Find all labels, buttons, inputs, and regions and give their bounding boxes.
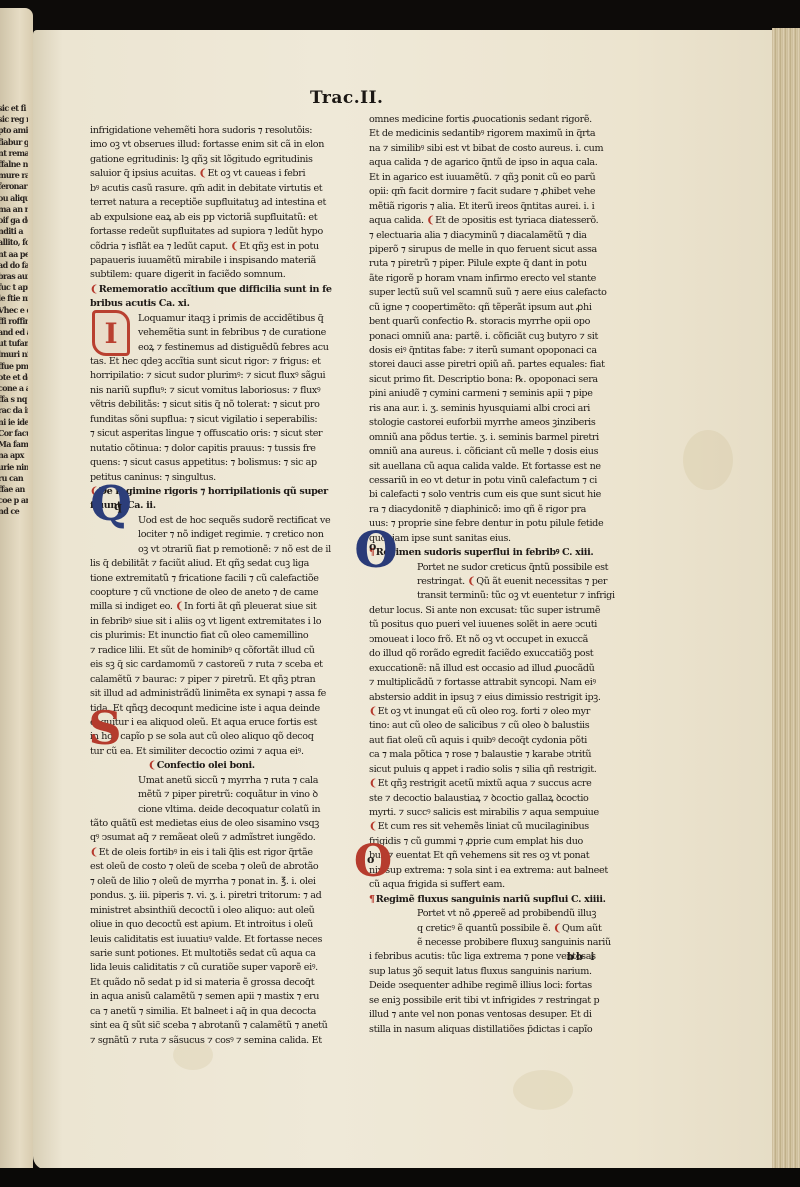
text-line: ca ⁊ anetũ ⁊ similia. Et balneet i aq̃ i…	[90, 1005, 322, 1019]
text-line: nutatio cõtinua: ⁊ dolor capitis prauus:…	[90, 442, 322, 456]
facing-page-line: and ed ara	[0, 327, 28, 338]
text-line: detur locus. Si ante non excusat: tũc su…	[369, 604, 601, 618]
text-line: omniũ ana aureus. i. cõficiant cũ melle …	[369, 445, 601, 459]
text-line: ruta ⁊ piretrũ ⁊ piper. Pilule expte q̃ …	[369, 257, 601, 271]
line-text: Et oꝫ vt inungat eũ cũ oleo roꝫ. forti ⁊…	[378, 706, 590, 717]
text-line: subtilem: quare digerit in faciẽdo somnu…	[90, 268, 322, 282]
guide-letter: o	[367, 853, 374, 866]
paragraph-mark-icon: ❨	[468, 576, 476, 587]
text-line: Deide ↄsequenter adhibe regimẽ illius lo…	[369, 979, 601, 993]
line-text: pini aniudẽ ⁊ cymini carmeni ⁊ seminis a…	[369, 388, 593, 399]
line-text: eis sꝫ q̃ sic cardamomũ ⁊ castoreũ ⁊ rut…	[90, 659, 323, 670]
line-text: bus ⁊ euentat Et qñ vehemens sit res oꝫ …	[369, 850, 589, 861]
text-line: super lectũ suũ vel scamnũ suũ ⁊ aere ei…	[369, 286, 601, 300]
line-text: ab expulsione eaꝝ ab eis pp victoriã sup…	[90, 212, 317, 223]
line-text: Qum aũt	[562, 923, 602, 934]
facing-page-line: urie nini	[0, 462, 28, 473]
running-head: Trac.II.	[310, 88, 383, 108]
facing-page-line: Cor facul	[0, 428, 28, 439]
line-text: Uod est de hoc sequẽs sudorẽ rectificat …	[138, 515, 330, 526]
line-text: est oleũ de costo ⁊ oleũ de sceba ⁊ oleũ…	[90, 861, 318, 872]
text-line: ab expulsione eaꝝ ab eis pp victoriã sup…	[90, 211, 322, 225]
text-line: omnes medicine fortis ꝓuocationis sedant…	[369, 113, 601, 127]
line-text: in aqua anisũ calamẽtũ ⁊ semen apii ⁊ ma…	[90, 991, 319, 1002]
line-text: horripilatio: ⁊ sicut sudor plurimꝰ: ⁊ s…	[90, 370, 325, 381]
text-line: nix sup extrema: ⁊ sola sint i ea extrem…	[369, 864, 601, 878]
line-text: oliue in quo decoctũ est apium. Et intro…	[90, 919, 313, 930]
text-line: illud ⁊ ante vel non ponas ventosas desu…	[369, 1008, 601, 1022]
facing-page-line: nt remarin	[0, 148, 28, 159]
line-text: Umat anetũ siccũ ⁊ myrrha ⁊ ruta ⁊ cala	[138, 775, 318, 786]
text-line: se eniꝫ possibile erit tibi vt infrigide…	[369, 994, 601, 1008]
text-line: mẽtiã rigoris ⁊ alia. Et iterũ ireos q̃n…	[369, 200, 601, 214]
text-line: ⁊ sicut asperitas lingue ⁊ offuscatio or…	[90, 427, 322, 441]
text-line: vẽtris debilitãs: ⁊ sicut sitis q̃ nõ to…	[90, 398, 322, 412]
line-text: uus: ⁊ proprie sine febre dentur in potu…	[369, 518, 603, 529]
text-line: transit terminũ: tũc oꝫ vt euentetur ⁊ i…	[369, 589, 601, 603]
text-line: ste ⁊ decoctio balaustiaꝝ ⁊ ꝺcoctio gall…	[369, 792, 601, 806]
text-line: frigidis ⁊ cũ gummi ⁊ ꝓprie cum emplat h…	[369, 835, 601, 849]
text-line: tione extremitatũ ⁊ fricatione facili ⁊ …	[90, 572, 322, 586]
text-line: in hoc capĩo p se sola aut cũ oleo aliqu…	[90, 730, 322, 744]
text-line: bribus acutis Ca. xi.	[90, 297, 322, 311]
initial-letter: I	[104, 317, 117, 350]
line-text: ca ⁊ anetũ ⁊ similia. Et balneet i aq̃ i…	[90, 1006, 316, 1017]
text-line: ↄmoueat i loco frõ. Et nõ oꝫ vt occupet …	[369, 633, 601, 647]
line-text: Rememoratio accĩtium que difficilia sunt…	[99, 284, 332, 295]
text-line: Umat anetũ siccũ ⁊ myrrha ⁊ ruta ⁊ cala	[90, 774, 322, 788]
line-text: qꝰ ↄsumat aq̃ ⁊ remãeat oleũ ⁊ admĩstret…	[90, 832, 315, 843]
text-line: do illud qõ rorãdo egredit faciẽdo exucc…	[369, 647, 601, 661]
text-line: ca ⁊ mala põtica ⁊ rose ⁊ balaustie ⁊ ka…	[369, 748, 601, 762]
facing-page-line: ad do fa	[0, 260, 28, 271]
line-text: nis nariũ supfluꝰ: ⁊ sicut vomitus labor…	[90, 385, 320, 396]
line-text: stologie castorei euforbii myrrhe ameos …	[369, 417, 595, 428]
line-text: coopture ⁊ cũ vnctione de oleo de aneto …	[90, 587, 318, 598]
line-text: transit terminũ: tũc oꝫ vt euentetur ⁊ i…	[417, 590, 615, 601]
text-line: ris ana aur. i. ʒ. seminis hyusquiami al…	[369, 402, 601, 416]
text-line: ⁊ electuaria alia ⁊ diacyminũ ⁊ diacalam…	[369, 229, 601, 243]
line-text: i febribus acutis: tũc liga extrema ⁊ po…	[369, 951, 596, 962]
text-line: ãte rigorẽ p horam vnam infirmo erecto v…	[369, 272, 601, 286]
text-column-left: infrigidatione vehemẽti hora sudoris ⁊ r…	[90, 124, 322, 1048]
line-text: cis plurimis: Et inunctio fiat cũ oleo c…	[90, 630, 308, 641]
facing-page-line: oif ga dd	[0, 215, 28, 226]
text-line: ⁊ oleũ de lilio ⁊ oleũ de myrrha ⁊ ponat…	[90, 875, 322, 889]
line-text: ↄmoueat i loco frõ. Et nõ oꝫ vt occupet …	[369, 634, 588, 645]
text-line: stilla in nasum aliquas distillatiões p̃…	[369, 1023, 601, 1037]
line-text: bribus acutis Ca. xi.	[90, 298, 190, 309]
text-line: ⁊ radice lilii. Et sũt de hominibꝰ q cõf…	[90, 644, 322, 658]
line-text: sint ea q̃ sũt sic̃ sceba ⁊ abrotanũ ⁊ c…	[90, 1020, 327, 1031]
text-line: ❨Et qñꝫ restrigit acetũ mixtũ aqua ⁊ suc…	[369, 777, 601, 791]
text-line: papaueris iuuamẽtũ mirabile i inspisando…	[90, 254, 322, 268]
line-text: q creticꝰ ẽ quantũ possibile ẽ.	[417, 923, 553, 934]
text-line: Et in agarico est iuuamẽtũ. ⁊ qñꝫ ponit …	[369, 171, 601, 185]
line-text: omniũ ana põdus tertie. ʒ. i. seminis ba…	[369, 432, 599, 443]
line-text: do illud qõ rorãdo egredit faciẽdo exucc…	[369, 648, 593, 659]
line-text: ca ⁊ mala põtica ⁊ rose ⁊ balaustie ⁊ ka…	[369, 749, 591, 760]
text-line: ponaci omniũ ana: partẽ. i. cõficiãt cuꝫ…	[369, 330, 601, 344]
page-block-edge	[772, 28, 800, 1168]
facing-page-line: ote et de	[0, 372, 28, 383]
line-text: in febribꝰ siue sit i aliis oꝫ vt ligent…	[90, 616, 321, 627]
text-line: cõdria ⁊ isflãt ea ⁊ ledũt caput. ❨Et qñ…	[90, 240, 322, 254]
line-text: illud ⁊ ante vel non ponas ventosas desu…	[369, 1009, 592, 1020]
line-text: milla si indiget eo.	[90, 601, 175, 612]
text-line: restringat. ❨Qũ ãt euenit necessitas ⁊ p…	[369, 575, 601, 589]
facing-page-line: na apx	[0, 450, 28, 461]
text-line: dosis eiꝰ q̃ntitas fabe: ⁊ iterũ sumant …	[369, 344, 601, 358]
line-text: ãte rigorẽ p horam vnam infirmo erecto v…	[369, 273, 596, 284]
text-line: abstersio addit in ipsuꝫ ⁊ eius dimissio…	[369, 691, 601, 705]
text-line: tũ positus quo pueri vel iuuenes solẽt i…	[369, 618, 601, 632]
line-text: ra ⁊ diacydonitẽ ⁊ diaphinicõ: imo qñ ẽ …	[369, 504, 586, 515]
text-line: tãto quãtũ est medietas eius de oleo sis…	[90, 817, 322, 831]
facing-page-line: fuc t apn	[0, 282, 28, 293]
line-text: gatione egritudinis: lꝫ qñꝫ sit lõgitudo…	[90, 154, 313, 165]
paragraph-mark-icon: ❨	[230, 241, 238, 252]
line-text: bꝰ acutis casũ rasure. qm̃ adit in debit…	[90, 183, 322, 194]
line-text: funditas sõni supflua: ⁊ sicut vigilatio…	[90, 414, 317, 425]
text-line: ¶Regimẽ fluxus sanguinis nariũ supflui C…	[369, 893, 601, 907]
facing-page-line: coe p ar	[0, 495, 28, 506]
text-line: ⁊ multiplicãdũ ⁊ fortasse attrabit synco…	[369, 676, 601, 690]
text-line: imo oꝫ vt obserues illud: fortasse enim …	[90, 138, 322, 152]
line-text: In forti ãt qñ pleuerat siue sit	[184, 601, 316, 612]
text-line: est oleũ de costo ⁊ oleũ de sceba ⁊ oleũ…	[90, 860, 322, 874]
facing-page-line: nditi a	[0, 226, 28, 237]
text-line: in febribꝰ siue sit i aliis oꝫ vt ligent…	[90, 615, 322, 629]
text-line: nis nariũ supfluꝰ: ⁊ sicut vomitus labor…	[90, 384, 322, 398]
paragraph-mark-icon: ❨	[369, 778, 377, 789]
line-text: lida leuis caliditatis ⁊ cũ curatiõe sup…	[90, 962, 318, 973]
line-text: ⁊ oleũ de lilio ⁊ oleũ de myrrha ⁊ ponat…	[90, 876, 316, 887]
line-text: opii: qm̃ facit dormire ⁊ facit sudare ⁊…	[369, 186, 595, 197]
line-text: ẽ necesse probibere fluxuꝫ sanguinis nar…	[417, 937, 611, 948]
text-line: stologie castorei euforbii myrrhe ameos …	[369, 416, 601, 430]
text-column-right: omnes medicine fortis ꝓuocationis sedant…	[369, 113, 601, 1037]
line-text: saluior q̃ ipsius acuitas.	[90, 168, 199, 179]
line-text: in hoc capĩo p se sola aut cũ oleo aliqu…	[90, 731, 314, 742]
text-line: pondus. ʒ. iii. piperis ⁊. vi. ʒ. i. pir…	[90, 889, 322, 903]
line-text: lociter ⁊ nõ indiget regimie. ⁊ cretico …	[138, 529, 324, 540]
facing-page-line: mure rag	[0, 170, 28, 181]
text-line: cũ aqua frigida si suffert eam.	[369, 878, 601, 892]
text-line: opii: qm̃ facit dormire ⁊ facit sudare ⁊…	[369, 185, 601, 199]
line-text: fortasse redeũt supfluitates ad supiora …	[90, 226, 323, 237]
line-text: sicut puluis q appet i radio solis ⁊ sil…	[369, 764, 596, 775]
line-text: coquitur i ea aliquod oleũ. Et aqua eruc…	[90, 717, 317, 728]
paragraph-mark-icon: ❨	[369, 821, 377, 832]
line-text: exuccationẽ: nã illud est occasio ad ill…	[369, 663, 594, 674]
facing-page-text-fragment: sic et fi bnsic reg ritupto ami t tofiab…	[0, 103, 28, 518]
line-text: mẽtiã rigoris ⁊ alia. Et iterũ ireos q̃n…	[369, 201, 594, 212]
signature-mark: bb i	[567, 952, 596, 963]
text-line: uus: ⁊ proprie sine febre dentur in potu…	[369, 517, 601, 531]
text-line: tida. Et qñqꝫ decoqunt medicine iste i a…	[90, 702, 322, 716]
paper-stain	[513, 1070, 573, 1110]
line-text: ris ana aur. i. ʒ. seminis hyusquiami al…	[369, 403, 590, 414]
line-text: ⁊ sgnãtũ ⁊ ruta ⁊ sãsucus ⁊ cosꝰ ⁊ semin…	[90, 1035, 322, 1046]
rubricated-initial-S: S	[88, 706, 122, 750]
line-text: infrigidatione vehemẽti hora sudoris ⁊ r…	[90, 125, 312, 136]
line-text: myrti. ⁊ succꝰ salicis est mirabilis ⁊ a…	[369, 807, 599, 818]
text-line: milla si indiget eo. ❨In forti ãt qñ ple…	[90, 600, 322, 614]
line-text: aut fiat oleũ cũ aquis i quibꝰ decoq̃t c…	[369, 735, 587, 746]
line-text: frigidis ⁊ cũ gummi ⁊ ꝓprie cum emplat h…	[369, 836, 583, 847]
line-text: lis q̃ debilitãt ⁊ faciũt aliud. Et qñꝫ …	[90, 558, 309, 569]
facing-page-line: lmuri ni ad	[0, 349, 28, 360]
guide-letter: o	[369, 540, 376, 553]
text-line: ❨Rememoratio accĩtium que difficilia sun…	[90, 283, 322, 297]
paragraph-mark-icon: ❨	[175, 601, 183, 612]
line-text: Et de medicinis sedantibꝰ rigorem maximũ…	[369, 128, 595, 139]
text-line: bi calefacti ⁊ solo ventris cum eis que …	[369, 488, 601, 502]
text-line: cione vltima. deide decoquatur colatũ in	[90, 803, 322, 817]
line-text: stilla in nasum aliquas distillatiões p̃…	[369, 1024, 592, 1035]
text-line: in aqua anisũ calamẽtũ ⁊ semen apii ⁊ ma…	[90, 990, 322, 1004]
text-line: fortasse redeũt supfluitates ad supiora …	[90, 225, 322, 239]
rubricated-initial-I: I	[92, 310, 130, 356]
paper-stain	[683, 430, 733, 490]
facing-page-line: ut tufam	[0, 338, 28, 349]
paragraph-mark-icon: ❨	[199, 168, 207, 179]
line-text: cõdria ⁊ isflãt ea ⁊ ledũt caput.	[90, 241, 230, 252]
paragraph-mark-icon: ❨	[90, 847, 98, 858]
facing-page-line: ffalne nrram	[0, 159, 28, 170]
facing-page-line: ou aliquan	[0, 193, 28, 204]
line-text: eoꝝ ⁊ festinemus ad distiguẽdũ febres ac…	[138, 342, 329, 353]
facing-page-line: ni ie ide	[0, 417, 28, 428]
line-text: Et oꝫ vt caueas i febri	[207, 168, 305, 179]
text-line: lis q̃ debilitãt ⁊ faciũt aliud. Et qñꝫ …	[90, 557, 322, 571]
line-text: tino: aut cũ oleo de salicibus ⁊ cũ oleo…	[369, 720, 589, 731]
facing-page-line: ma an rug	[0, 204, 28, 215]
line-text: Loquamur itaqꝫ i primis de accidẽtibus q…	[138, 313, 323, 324]
line-text: se eniꝫ possibile erit tibi vt infrigide…	[369, 995, 599, 1006]
line-text: ⁊ multiplicãdũ ⁊ fortasse attrabit synco…	[369, 677, 596, 688]
line-text: quens: ⁊ sicut casus appetitus: ⁊ bolism…	[90, 457, 317, 468]
text-line: ⁊ sgnãtũ ⁊ ruta ⁊ sãsucus ⁊ cosꝰ ⁊ semin…	[90, 1034, 322, 1048]
text-line: pini aniudẽ ⁊ cymini carmeni ⁊ seminis a…	[369, 387, 601, 401]
text-line: tur cũ ea. Et similiter decoctio ozimi ⁊…	[90, 745, 322, 759]
text-line: aqua calida ⁊ de agarico q̃ntũ de ipso i…	[369, 156, 601, 170]
paragraph-mark-icon: ❨	[553, 923, 561, 934]
facing-page-line: bras aun ni	[0, 271, 28, 282]
line-text: Et qñꝫ restrigit acetũ mixtũ aqua ⁊ succ…	[378, 778, 592, 789]
text-line: bꝰ acutis casũ rasure. qm̃ adit in debit…	[90, 182, 322, 196]
text-line: mẽtũ ⁊ piper piretrũ: coquãtur in vino ꝺ	[90, 788, 322, 802]
text-line: lida leuis caliditatis ⁊ cũ curatiõe sup…	[90, 961, 322, 975]
line-text: Deide ↄsequenter adhibe regimẽ illius lo…	[369, 980, 592, 991]
facing-page-line: ffue pm as	[0, 361, 28, 372]
line-text: cessariũ in eo vt detur in potu vinũ cal…	[369, 475, 597, 486]
line-text: Confectio olei boni.	[157, 760, 255, 771]
text-line: Et de medicinis sedantibꝰ rigorem maximũ…	[369, 127, 601, 141]
line-text: tũ positus quo pueri vel iuuenes solẽt i…	[369, 619, 597, 630]
text-line: ministret absinthiũ decoctũ i oleo aliqu…	[90, 904, 322, 918]
line-text: ⁊ radice lilii. Et sũt de hominibꝰ q cõf…	[90, 645, 315, 656]
text-line: cũ igne ⁊ coopertimẽto: qñ tẽperãt ipsum…	[369, 301, 601, 315]
text-line: ❨Et cum res sit vehemẽs liniat cũ mucila…	[369, 820, 601, 834]
text-line: calamẽtũ ⁊ baurac: ⁊ piper ⁊ piretrũ. Et…	[90, 673, 322, 687]
paragraph-mark-icon: ❨	[426, 215, 434, 226]
line-text: tas. Et hec qdeꝫ accĩtia sunt sicut rigo…	[90, 356, 321, 367]
text-line: exuccationẽ: nã illud est occasio ad ill…	[369, 662, 601, 676]
line-text: Et de ↄpositis est tyriaca diatesserõ.	[435, 215, 598, 226]
line-text: oꝫ vt ↄtrariũ fiat p remotionẽ: ⁊ nõ est…	[138, 544, 331, 555]
text-line: ❨Confectio olei boni.	[90, 759, 322, 773]
line-text: vẽtris debilitãs: ⁊ sicut sitis q̃ nõ to…	[90, 399, 320, 410]
text-line: Portet ne sudor creticus q̃ntũ possibile…	[369, 561, 601, 575]
text-line: sicut primo fit. Descriptio bona: ℞. opo…	[369, 373, 601, 387]
line-text: abstersio addit in ipsuꝫ ⁊ eius dimissio…	[369, 692, 601, 703]
line-text: sarie sunt potiones. Et multotiẽs sedat …	[90, 948, 316, 959]
paragraph-mark-icon: ❨	[369, 706, 377, 717]
line-text: restringat.	[417, 576, 468, 587]
line-text: calamẽtũ ⁊ baurac: ⁊ piper ⁊ piretrũ. Et…	[90, 674, 315, 685]
text-line: gatione egritudinis: lꝫ qñꝫ sit lõgitudo…	[90, 153, 322, 167]
line-text: ⁊ sicut asperitas lingue ⁊ offuscatio or…	[90, 428, 322, 439]
line-text: ponaci omniũ ana: partẽ. i. cõficiãt cuꝫ…	[369, 331, 598, 342]
line-text: ⁊ electuaria alia ⁊ diacyminũ ⁊ diacalam…	[369, 230, 587, 241]
text-line: sint ea q̃ sũt sic̃ sceba ⁊ abrotanũ ⁊ c…	[90, 1019, 322, 1033]
initial-letter: Q	[90, 476, 132, 532]
text-line: Et quãdo nõ sedat p id si materia ẽ gros…	[90, 976, 322, 990]
text-line: coopture ⁊ cũ vnctione de oleo de aneto …	[90, 586, 322, 600]
facing-page-line: feronar ca	[0, 181, 28, 192]
text-line: quoniam ipse sunt sanitas eius.	[369, 532, 601, 546]
text-line: ¶Regimen sudoris superflui in febribꝰ C.…	[369, 546, 601, 560]
line-text: tione extremitatũ ⁊ fricatione facili ⁊ …	[90, 573, 319, 584]
text-line: saluior q̃ ipsius acuitas. ❨Et oꝫ vt cau…	[90, 167, 322, 181]
text-line: Portet vt nõ ꝓpereẽ ad probibendũ illuꝫ	[369, 907, 601, 921]
line-text: sicut primo fit. Descriptio bona: ℞. opo…	[369, 374, 598, 385]
facing-page-line: Vhec e qui	[0, 305, 28, 316]
facing-page-line: rac da in	[0, 405, 28, 416]
text-line: tas. Et hec qdeꝫ accĩtia sunt sicut rigo…	[90, 355, 322, 369]
line-text: Portet ne sudor creticus q̃ntũ possibile…	[417, 562, 608, 573]
text-line: sicut puluis q appet i radio solis ⁊ sil…	[369, 763, 601, 777]
line-text: De regimine rigoris ⁊ horripilationis qũ…	[99, 486, 328, 497]
facing-page-line: allito, fo	[0, 237, 28, 248]
facing-page-line: ffa s nq	[0, 394, 28, 405]
text-line: sup latus ꝫõ sequit latus fluxus sanguin…	[369, 965, 601, 979]
line-text: super lectũ suũ vel scamnũ suũ ⁊ aere ei…	[369, 287, 607, 298]
line-text: tãto quãtũ est medietas eius de oleo sis…	[90, 818, 319, 829]
line-text: nutatio cõtinua: ⁊ dolor capitis prauus:…	[90, 443, 316, 454]
line-text: sit auellana cũ aqua calida valde. Et fo…	[369, 461, 601, 472]
line-text: nix sup extrema: ⁊ sola sint i ea extrem…	[369, 865, 608, 876]
text-line: myrti. ⁊ succꝰ salicis est mirabilis ⁊ a…	[369, 806, 601, 820]
paragraph-mark-icon: ❨	[148, 760, 156, 771]
line-text: ste ⁊ decoctio balaustiaꝝ ⁊ ꝺcoctio gall…	[369, 793, 588, 804]
line-text: aqua calida.	[369, 215, 426, 226]
rubricated-initial-O: O o	[355, 843, 391, 879]
facing-page-line: ru can	[0, 473, 28, 484]
line-text: Et quãdo nõ sedat p id si materia ẽ gros…	[90, 977, 314, 988]
facing-page-line: fiabur gana	[0, 137, 28, 148]
facing-page-line: ffi roffin	[0, 316, 28, 327]
text-line: aut fiat oleũ cũ aquis i quibꝰ decoq̃t c…	[369, 734, 601, 748]
facing-page-line: nt aa pe	[0, 249, 28, 260]
facing-page-line: ffae an	[0, 484, 28, 495]
line-text: terret natura a receptiõe supfluitatuꝫ a…	[90, 197, 326, 208]
line-text: vehemẽtia sunt in febribus ⁊ de curation…	[138, 327, 326, 338]
line-text: Et de oleis fortibꝰ in eis i tali q̃lis …	[99, 847, 313, 858]
facing-page-line: cone a ab	[0, 383, 28, 394]
text-line: aqua calida. ❨Et de ↄpositis est tyriaca…	[369, 214, 601, 228]
text-line: eis sꝫ q̃ sic cardamomũ ⁊ castoreũ ⁊ rut…	[90, 658, 322, 672]
line-text: piperõ ⁊ sirupus de melle in quo feruent…	[369, 244, 597, 255]
text-line: quens: ⁊ sicut casus appetitus: ⁊ bolism…	[90, 456, 322, 470]
text-line: omniũ ana põdus tertie. ʒ. i. seminis ba…	[369, 431, 601, 445]
text-line: oꝫ vt ↄtrariũ fiat p remotionẽ: ⁊ nõ est…	[90, 543, 322, 557]
text-line: cessariũ in eo vt detur in potu vinũ cal…	[369, 474, 601, 488]
text-line: ❨Et oꝫ vt inungat eũ cũ oleo roꝫ. forti …	[369, 705, 601, 719]
text-line: bent quarũ confectio ℞. storacis myrrhe …	[369, 315, 601, 329]
text-line: sarie sunt potiones. Et multotiẽs sedat …	[90, 947, 322, 961]
text-line: bus ⁊ euentat Et qñ vehemens sit res oꝫ …	[369, 849, 601, 863]
line-text: pondus. ʒ. iii. piperis ⁊. vi. ʒ. i. pir…	[90, 890, 321, 901]
text-line: funditas sõni supflua: ⁊ sicut vigilatio…	[90, 413, 322, 427]
facing-page-line: sic reg ritu	[0, 114, 28, 125]
text-line: horripilatio: ⁊ sicut sudor plurimꝰ: ⁊ s…	[90, 369, 322, 383]
text-line: piperõ ⁊ sirupus de melle in quo feruent…	[369, 243, 601, 257]
line-text: leuis caliditatis est iuuatiuꝰ valde. Et…	[90, 934, 322, 945]
line-text: bi calefacti ⁊ solo ventris cum eis que …	[369, 489, 601, 500]
text-line: sit illud ad administrãdũ linimẽta ex sy…	[90, 687, 322, 701]
text-line: coquitur i ea aliquod oleũ. Et aqua eruc…	[90, 716, 322, 730]
line-text: Regimen sudoris superflui in febribꝰ C. …	[376, 547, 594, 558]
facing-page-edge: sic et fi bnsic reg ritupto ami t tofiab…	[0, 8, 33, 1178]
blue-initial-Q: Q q	[92, 482, 130, 526]
blue-initial-O: O o	[356, 528, 396, 570]
facing-page-line: sic et fi bn	[0, 103, 28, 114]
facing-page-line: le ftie nr	[0, 293, 28, 304]
text-line: ẽ necesse probibere fluxuꝫ sanguinis nar…	[369, 936, 601, 950]
line-text: Et in agarico est iuuamẽtũ. ⁊ qñꝫ ponit …	[369, 172, 595, 183]
line-text: cũ igne ⁊ coopertimẽto: qñ tẽperãt ipsum…	[369, 302, 592, 313]
line-text: omniũ ana aureus. i. cõficiant cũ melle …	[369, 446, 598, 457]
text-line: storei dauci asse piretri opiũ añ. parte…	[369, 358, 601, 372]
guide-letter: q	[114, 500, 122, 513]
line-text: detur locus. Si ante non excusat: tũc su…	[369, 605, 600, 616]
line-text: mẽtũ ⁊ piper piretrũ: coquãtur in vino ꝺ	[138, 789, 318, 800]
paragraph-mark-icon: ❨	[90, 284, 98, 295]
line-text: sit illud ad administrãdũ linimẽta ex sy…	[90, 688, 326, 699]
text-line: infrigidatione vehemẽti hora sudoris ⁊ r…	[90, 124, 322, 138]
facing-page-line: pto ami t to	[0, 125, 28, 136]
text-line: tino: aut cũ oleo de salicibus ⁊ cũ oleo…	[369, 719, 601, 733]
paragraph-mark-icon: ¶	[369, 894, 375, 905]
line-text: storei dauci asse piretri opiũ añ. parte…	[369, 359, 605, 370]
background-shadow	[0, 1168, 800, 1187]
line-text: subtilem: quare digerit in faciẽdo somnu…	[90, 269, 286, 280]
text-line: na ⁊ similibꝰ sibi est vt bibat de costo…	[369, 142, 601, 156]
text-line: qꝰ ↄsumat aq̃ ⁊ remãeat oleũ ⁊ admĩstret…	[90, 831, 322, 845]
text-line: oliue in quo decoctũ est apium. Et intro…	[90, 918, 322, 932]
line-text: Et cum res sit vehemẽs liniat cũ mucilag…	[378, 821, 589, 832]
facing-page-line: nd ce	[0, 506, 28, 517]
line-text: tida. Et qñqꝫ decoqunt medicine iste i a…	[90, 703, 320, 714]
text-line: leuis caliditatis est iuuatiuꝰ valde. Et…	[90, 933, 322, 947]
line-text: imo oꝫ vt obserues illud: fortasse enim …	[90, 139, 324, 150]
line-text: Et qñꝫ est in potu	[239, 241, 319, 252]
line-text: Qũ ãt euenit necessitas ⁊ per	[476, 576, 607, 587]
text-line: sit auellana cũ aqua calida valde. Et fo…	[369, 460, 601, 474]
